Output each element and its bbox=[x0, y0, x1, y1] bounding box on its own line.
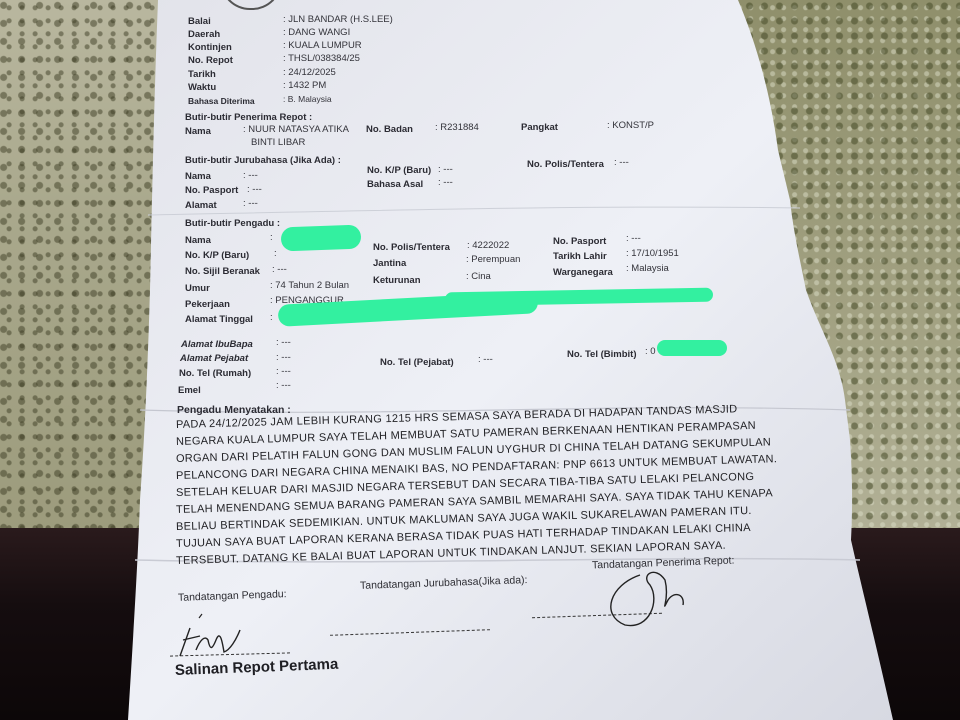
handwritten-signatures bbox=[0, 0, 960, 720]
complainant-signature bbox=[180, 628, 240, 656]
receiver-signature bbox=[611, 572, 683, 625]
